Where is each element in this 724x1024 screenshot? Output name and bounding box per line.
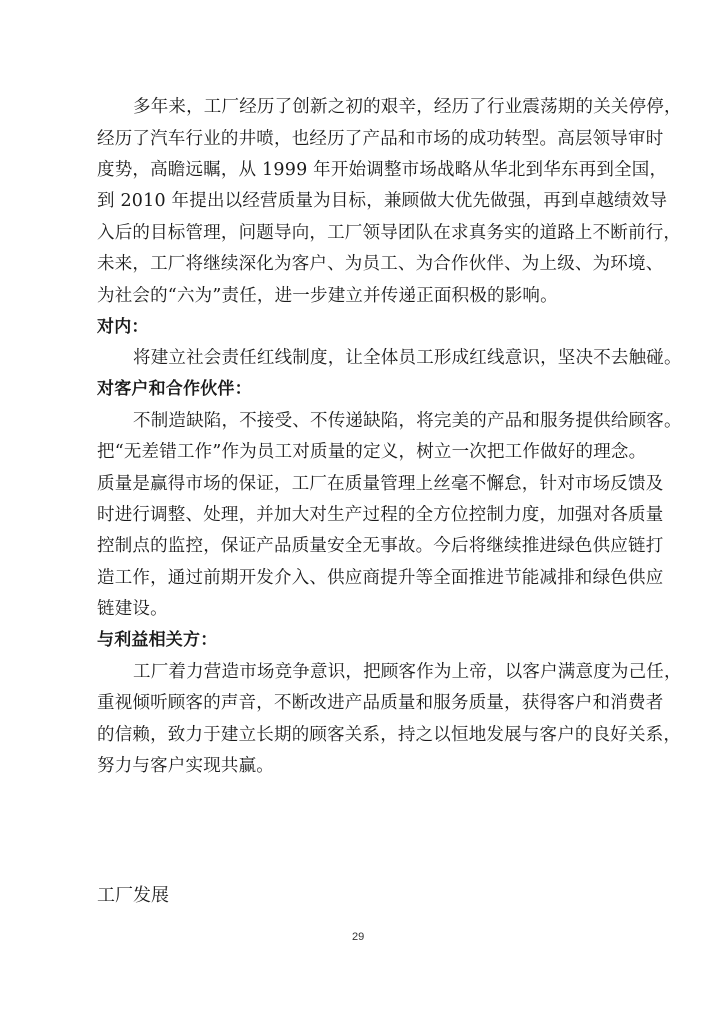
paragraph-line: 多年来，工厂经历了创新之初的艰辛，经历了行业震荡期的关关停停， — [133, 96, 693, 118]
section-heading-internal: 对内： — [97, 316, 657, 338]
paragraph-line: 的信赖，致力于建立长期的顾客关系，持之以恒地发展与客户的良好关系， — [97, 724, 657, 746]
paragraph-line: 将建立社会责任红线制度，让全体员工形成红线意识，坚决不去触碰。 — [133, 347, 693, 369]
paragraph-line: 为社会的“六为”责任，进一步建立并传递正面积极的影响。 — [97, 285, 657, 307]
paragraph-line: 造工作，通过前期开发介入、供应商提升等全面推进节能减排和绿色供应 — [97, 567, 657, 589]
paragraph-line: 链建设。 — [97, 598, 657, 620]
paragraph-line: 质量是赢得市场的保证，工厂在质量管理上丝毫不懈怠，针对市场反馈及 — [97, 473, 657, 495]
section-heading-customers: 对客户和合作伙伴： — [97, 378, 657, 400]
paragraph-line: 度势，高瞻远瞩，从 1999 年开始调整市场战略从华北到华东再到全国， — [97, 159, 657, 181]
paragraph-line: 把“无差错工作”作为员工对质量的定义，树立一次把工作做好的理念。 — [97, 441, 657, 463]
paragraph-line: 努力与客户实现共赢。 — [97, 755, 657, 777]
section-title: 工厂发展 — [97, 884, 169, 908]
paragraph-line: 到 2010 年提出以经营质量为目标，兼顾做大优先做强，再到卓越绩效导 — [97, 190, 657, 212]
paragraph-line: 不制造缺陷，不接受、不传递缺陷，将完美的产品和服务提供给顾客。 — [133, 410, 693, 432]
section-heading-stakeholders: 与利益相关方： — [97, 629, 657, 651]
paragraph-line: 时进行调整、处理，并加大对生产过程的全方位控制力度，加强对各质量 — [97, 504, 657, 526]
paragraph-line: 经历了汽车行业的井喷，也经历了产品和市场的成功转型。高层领导审时 — [97, 128, 657, 150]
paragraph-line: 工厂着力营造市场竞争意识，把顾客作为上帝，以客户满意度为己任， — [133, 661, 693, 683]
paragraph-line: 入后的目标管理，问题导向，工厂领导团队在求真务实的道路上不断前行， — [97, 222, 657, 244]
paragraph-line: 重视倾听顾客的声音，不断改进产品质量和服务质量，获得客户和消费者 — [97, 692, 657, 714]
paragraph-line: 控制点的监控，保证产品质量安全无事故。今后将继续推进绿色供应链打 — [97, 535, 657, 557]
document-page: 多年来，工厂经历了创新之初的艰辛，经历了行业震荡期的关关停停， 经历了汽车行业的… — [0, 0, 724, 1024]
paragraph-line: 未来，工厂将继续深化为客户、为员工、为合作伙伴、为上级、为环境、 — [97, 253, 657, 275]
page-number: 29 — [352, 931, 364, 943]
